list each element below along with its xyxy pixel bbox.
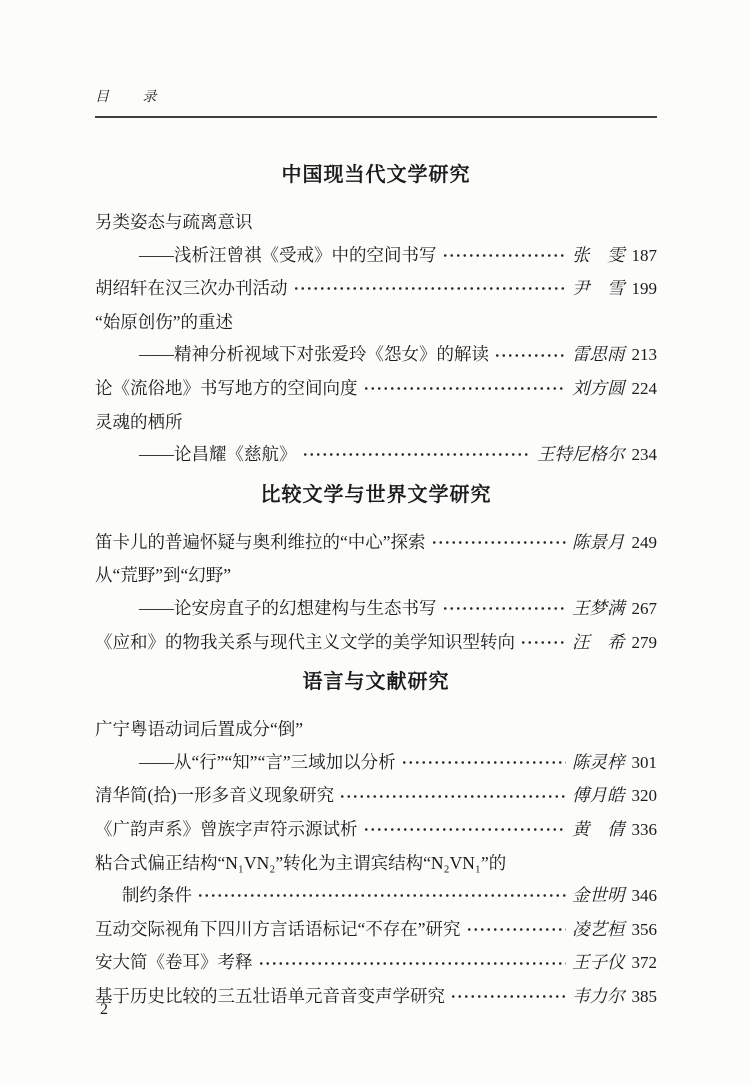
- toc-entry: 从“荒野”到“幻野”: [95, 559, 657, 592]
- entry-title: ——浅析汪曾祺《受戒》中的空间书写: [139, 239, 437, 272]
- page: 目 录 中国现当代文学研究另类姿态与疏离意识——浅析汪曾祺《受戒》中的空间书写张…: [0, 0, 750, 1084]
- entry-title: 粘合式偏正结构“N₁VN₂”转化为主谓宾结构“N₂VN₁”的: [95, 847, 506, 880]
- section-heading: 中国现当代文学研究: [95, 162, 657, 188]
- toc-entry: “始原创伤”的重述: [95, 306, 657, 339]
- dot-leader: [363, 384, 567, 393]
- entry-title: 《广韵声系》曾族字声符示源试析: [95, 813, 358, 846]
- section-heading: 比较文学与世界文学研究: [95, 482, 657, 508]
- toc-entry: 论《流俗地》书写地方的空间向度刘方圆224: [95, 372, 657, 406]
- toc-entry: ——浅析汪曾祺《受戒》中的空间书写张 雯187: [95, 239, 657, 273]
- entry-author: 尹 雪: [572, 272, 625, 305]
- entry-page-number: 279: [632, 627, 658, 660]
- entry-author: 傅月皓: [572, 779, 625, 812]
- entry-page-number: 199: [632, 273, 658, 306]
- running-header: 目 录: [95, 88, 657, 118]
- entry-title: 从“荒野”到“幻野”: [95, 559, 231, 592]
- entry-author: 刘方圆: [572, 372, 625, 405]
- entry-author: 凌艺桓: [572, 913, 625, 946]
- page-number-folio: 2: [100, 1001, 108, 1019]
- dot-leader: [302, 450, 532, 459]
- dot-leader: [520, 638, 566, 647]
- dot-leader: [442, 251, 567, 260]
- dot-leader: [431, 538, 566, 547]
- dot-leader: [401, 758, 566, 767]
- entry-title: 论《流俗地》书写地方的空间向度: [95, 372, 358, 405]
- entry-author: 雷思雨: [572, 338, 625, 371]
- entry-page-number: 320: [632, 780, 658, 813]
- entry-list: 笛卡儿的普遍怀疑与奥利维拉的“中心”探索陈景月249从“荒野”到“幻野”——论安…: [95, 526, 657, 659]
- section: 中国现当代文学研究另类姿态与疏离意识——浅析汪曾祺《受戒》中的空间书写张 雯18…: [95, 162, 657, 472]
- entry-page-number: 187: [632, 240, 658, 273]
- entry-author: 黄 倩: [572, 813, 625, 846]
- toc-entry: 制约条件金世明346: [95, 879, 657, 913]
- toc-entry: 粘合式偏正结构“N₁VN₂”转化为主谓宾结构“N₂VN₁”的: [95, 847, 657, 880]
- entry-author: 张 雯: [572, 239, 625, 272]
- dot-leader: [293, 284, 567, 293]
- entry-list: 广宁粤语动词后置成分“倒”——从“行”“知”“言”三域加以分析陈灵梓301清华简…: [95, 713, 657, 1013]
- entry-title: 互动交际视角下四川方言话语标记“不存在”研究: [95, 913, 461, 946]
- entry-author: 金世明: [572, 879, 625, 912]
- entry-title: 基于历史比较的三五壮语单元音音变声学研究: [95, 980, 445, 1013]
- entry-author: 汪 希: [572, 626, 625, 659]
- entry-author: 王子仪: [572, 946, 625, 979]
- entry-page-number: 249: [632, 527, 658, 560]
- entry-page-number: 346: [632, 880, 658, 913]
- entry-author: 韦力尔: [572, 980, 625, 1013]
- entry-title: 另类姿态与疏离意识: [95, 206, 253, 239]
- section: 语言与文献研究广宁粤语动词后置成分“倒”——从“行”“知”“言”三域加以分析陈灵…: [95, 669, 657, 1013]
- entry-title: 灵魂的栖所: [95, 406, 183, 439]
- entry-author: 陈灵梓: [572, 746, 625, 779]
- entry-page-number: 372: [632, 947, 658, 980]
- dot-leader: [450, 992, 566, 1001]
- toc-entry: 广宁粤语动词后置成分“倒”: [95, 713, 657, 746]
- entry-title: ——论昌耀《慈航》: [139, 438, 297, 471]
- entry-title: 胡绍轩在汉三次办刊活动: [95, 272, 288, 305]
- entry-author: 陈景月: [572, 526, 625, 559]
- entry-page-number: 385: [632, 981, 658, 1014]
- dot-leader: [363, 825, 567, 834]
- entry-title: 清华简(拾)一形多音义现象研究: [95, 779, 334, 812]
- toc-entry: 基于历史比较的三五壮语单元音音变声学研究韦力尔385: [95, 980, 657, 1014]
- entry-author: 王梦满: [572, 592, 625, 625]
- entry-page-number: 336: [632, 814, 658, 847]
- entry-title: 笛卡儿的普遍怀疑与奥利维拉的“中心”探索: [95, 526, 426, 559]
- toc-entry: 笛卡儿的普遍怀疑与奥利维拉的“中心”探索陈景月249: [95, 526, 657, 560]
- entry-page-number: 267: [632, 593, 658, 626]
- toc-entry: 另类姿态与疏离意识: [95, 206, 657, 239]
- sections: 中国现当代文学研究另类姿态与疏离意识——浅析汪曾祺《受戒》中的空间书写张 雯18…: [95, 162, 657, 1013]
- toc-entry: 灵魂的栖所: [95, 406, 657, 439]
- toc-entry: 《广韵声系》曾族字声符示源试析黄 倩336: [95, 813, 657, 847]
- entry-title: 安大简《卷耳》考释: [95, 946, 253, 979]
- entry-page-number: 301: [632, 747, 658, 780]
- entry-page-number: 234: [632, 439, 658, 472]
- toc-entry: 互动交际视角下四川方言话语标记“不存在”研究凌艺桓356: [95, 913, 657, 947]
- entry-page-number: 224: [632, 373, 658, 406]
- dot-leader: [197, 891, 566, 900]
- toc-entry: 安大简《卷耳》考释王子仪372: [95, 946, 657, 980]
- entry-list: 另类姿态与疏离意识——浅析汪曾祺《受戒》中的空间书写张 雯187胡绍轩在汉三次办…: [95, 206, 657, 472]
- dot-leader: [494, 351, 566, 360]
- entry-title: “始原创伤”的重述: [95, 306, 233, 339]
- dot-leader: [466, 925, 566, 934]
- entry-author: 王特尼格尔: [537, 438, 625, 471]
- toc-entry: ——论安房直子的幻想建构与生态书写王梦满267: [95, 592, 657, 626]
- toc-entry: 《应和》的物我关系与现代主义文学的美学知识型转向汪 希279: [95, 626, 657, 660]
- dot-leader: [258, 959, 567, 968]
- entry-page-number: 356: [632, 914, 658, 947]
- entry-title: ——精神分析视域下对张爱玲《怨女》的解读: [139, 338, 489, 371]
- section-heading: 语言与文献研究: [95, 669, 657, 695]
- entry-title: 《应和》的物我关系与现代主义文学的美学知识型转向: [95, 626, 515, 659]
- entry-page-number: 213: [632, 339, 658, 372]
- toc-entry: 清华简(拾)一形多音义现象研究傅月皓320: [95, 779, 657, 813]
- dot-leader: [339, 792, 566, 801]
- entry-title: 广宁粤语动词后置成分“倒”: [95, 713, 303, 746]
- dot-leader: [442, 604, 567, 613]
- toc-entry: ——论昌耀《慈航》王特尼格尔234: [95, 438, 657, 472]
- entry-title: ——从“行”“知”“言”三域加以分析: [139, 746, 396, 779]
- toc-entry: 胡绍轩在汉三次办刊活动尹 雪199: [95, 272, 657, 306]
- entry-title: 制约条件: [122, 879, 192, 912]
- section: 比较文学与世界文学研究笛卡儿的普遍怀疑与奥利维拉的“中心”探索陈景月249从“荒…: [95, 482, 657, 659]
- entry-title: ——论安房直子的幻想建构与生态书写: [139, 592, 437, 625]
- toc-entry: ——从“行”“知”“言”三域加以分析陈灵梓301: [95, 746, 657, 780]
- toc-entry: ——精神分析视域下对张爱玲《怨女》的解读雷思雨213: [95, 338, 657, 372]
- running-header-label: 目 录: [95, 90, 159, 105]
